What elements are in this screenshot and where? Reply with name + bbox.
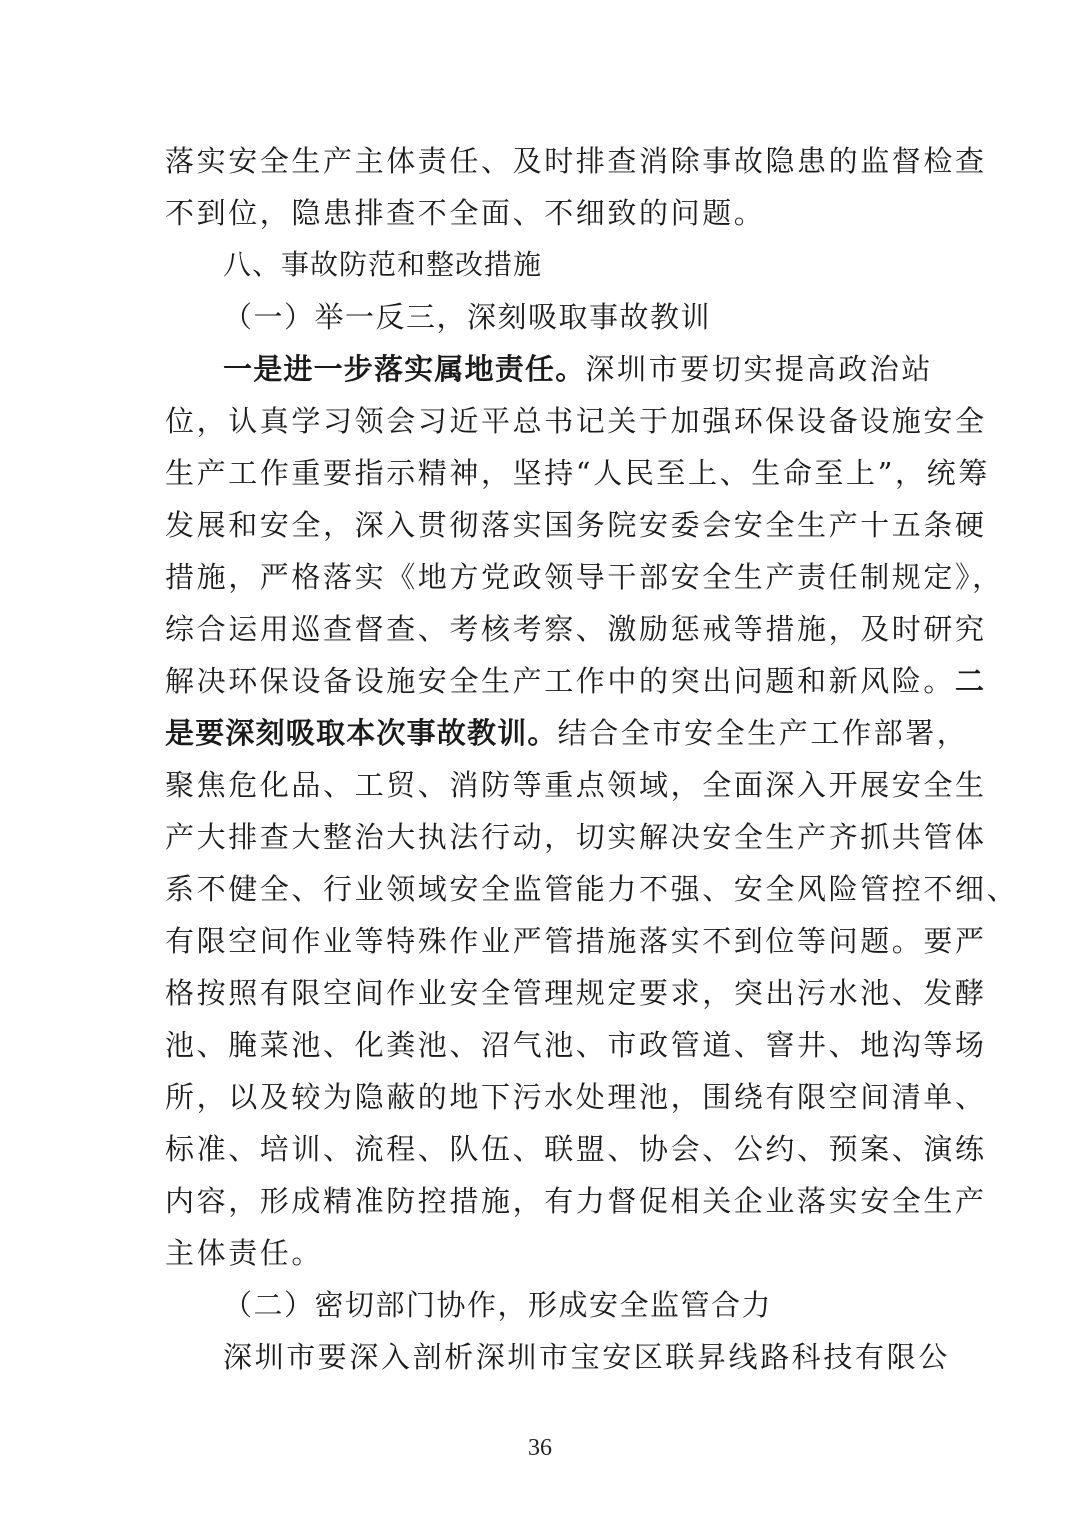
line-text: 主体责任。 <box>165 1236 323 1270</box>
body-line: 标准、培训、流程、队伍、联盟、协会、公约、预案、演练 <box>165 1123 917 1175</box>
body-line: 是要深刻吸取本次事故教训。结合全市安全生产工作部署， <box>165 707 917 759</box>
line-text: 深圳市要切实提高政治站 <box>585 352 933 386</box>
line-text: 产大排查大整治大执法行动，切实解决安全生产齐抓共管体 <box>165 820 987 854</box>
line-text: 生产工作重要指示精神，坚持“人民至上、生命至上”，统筹 <box>165 456 990 490</box>
heading-text: 八、事故防范和整改措施 <box>223 248 542 281</box>
body-line: 聚焦危化品、工贸、消防等重点领域，全面深入开展安全生 <box>165 759 917 811</box>
body-line: 内容，形成精准防控措施，有力督促相关企业落实安全生产 <box>165 1175 917 1227</box>
body-line: 生产工作重要指示精神，坚持“人民至上、生命至上”，统筹 <box>165 447 917 499</box>
line-text: 所，以及较为隐蔽的地下污水处理池，围绕有限空间清单、 <box>165 1080 987 1114</box>
document-body: 落实安全生产主体责任、及时排查消除事故隐患的监督检查 不到位，隐患排查不全面、不… <box>165 135 917 1383</box>
body-line: 有限空间作业等特殊作业严管措施落实不到位等问题。要严 <box>165 915 917 967</box>
subheading-text: （一）举一反三，深刻吸取事故教训 <box>223 300 711 334</box>
body-line: 一是进一步落实属地责任。深圳市要切实提高政治站 <box>165 343 917 395</box>
body-line: 池、腌菜池、化粪池、沼气池、市政管道、窨井、地沟等场 <box>165 1019 917 1071</box>
body-line: 位，认真学习领会习近平总书记关于加强环保设备设施安全 <box>165 395 917 447</box>
subsection-heading: （一）举一反三，深刻吸取事故教训 <box>165 291 917 343</box>
body-line: 措施，严格落实《地方党政领导干部安全生产责任制规定》， <box>165 551 917 603</box>
line-text: 措施，严格落实《地方党政领导干部安全生产责任制规定》， <box>165 560 1004 594</box>
line-text: 内容，形成精准防控措施，有力督促相关企业落实安全生产 <box>165 1184 987 1218</box>
line-text: 深圳市要深入剖析深圳市宝安区联昇线路科技有限公 <box>223 1340 950 1374</box>
body-line: 综合运用巡查督查、考核考察、激励惩戒等措施，及时研究 <box>165 603 917 655</box>
line-text: 标准、培训、流程、队伍、联盟、协会、公约、预案、演练 <box>165 1132 987 1166</box>
document-page: 落实安全生产主体责任、及时排查消除事故隐患的监督检查 不到位，隐患排查不全面、不… <box>0 0 1080 1527</box>
line-text: 结合全市安全生产工作部署， <box>558 716 969 750</box>
body-line: 所，以及较为隐蔽的地下污水处理池，围绕有限空间清单、 <box>165 1071 917 1123</box>
body-line: 落实安全生产主体责任、及时排查消除事故隐患的监督检查 <box>165 135 917 187</box>
bold-lead-text: 是要深刻吸取本次事故教训。 <box>165 716 558 750</box>
body-line: 产大排查大整治大执法行动，切实解决安全生产齐抓共管体 <box>165 811 917 863</box>
subheading-text: （二）密切部门协作，形成安全监管合力 <box>223 1288 772 1322</box>
body-line: 系不健全、行业领域安全监管能力不强、安全风险管控不细、 <box>165 863 917 915</box>
line-text: 位，认真学习领会习近平总书记关于加强环保设备设施安全 <box>165 404 987 438</box>
line-text: 有限空间作业等特殊作业严管措施落实不到位等问题。要严 <box>165 924 987 958</box>
line-text: 不到位，隐患排查不全面、不细致的问题。 <box>165 196 765 230</box>
body-line: 不到位，隐患排查不全面、不细致的问题。 <box>165 187 917 239</box>
body-line: 格按照有限空间作业安全管理规定要求，突出污水池、发酵 <box>165 967 917 1019</box>
line-text: 格按照有限空间作业安全管理规定要求，突出污水池、发酵 <box>165 976 987 1010</box>
body-line: 深圳市要深入剖析深圳市宝安区联昇线路科技有限公 <box>165 1331 917 1383</box>
bold-lead-text: 二 <box>955 664 985 698</box>
line-text: 系不健全、行业领域安全监管能力不强、安全风险管控不细、 <box>165 872 1018 906</box>
body-line: 发展和安全，深入贯彻落实国务院安委会安全生产十五条硬 <box>165 499 917 551</box>
subsection-heading: （二）密切部门协作，形成安全监管合力 <box>165 1279 917 1331</box>
page-number: 36 <box>0 1435 1080 1462</box>
line-text: 解决环保设备设施安全生产工作中的突出问题和新风险。 <box>165 664 955 698</box>
bold-lead-text: 一是进一步落实属地责任。 <box>223 352 585 386</box>
body-line: 解决环保设备设施安全生产工作中的突出问题和新风险。二 <box>165 655 917 707</box>
body-line: 主体责任。 <box>165 1227 917 1279</box>
line-text: 落实安全生产主体责任、及时排查消除事故隐患的监督检查 <box>165 144 987 178</box>
section-heading: 八、事故防范和整改措施 <box>165 239 917 291</box>
line-text: 综合运用巡查督查、考核考察、激励惩戒等措施，及时研究 <box>165 612 987 646</box>
line-text: 池、腌菜池、化粪池、沼气池、市政管道、窨井、地沟等场 <box>165 1028 987 1062</box>
line-text: 聚焦危化品、工贸、消防等重点领域，全面深入开展安全生 <box>165 768 987 802</box>
line-text: 发展和安全，深入贯彻落实国务院安委会安全生产十五条硬 <box>165 508 987 542</box>
